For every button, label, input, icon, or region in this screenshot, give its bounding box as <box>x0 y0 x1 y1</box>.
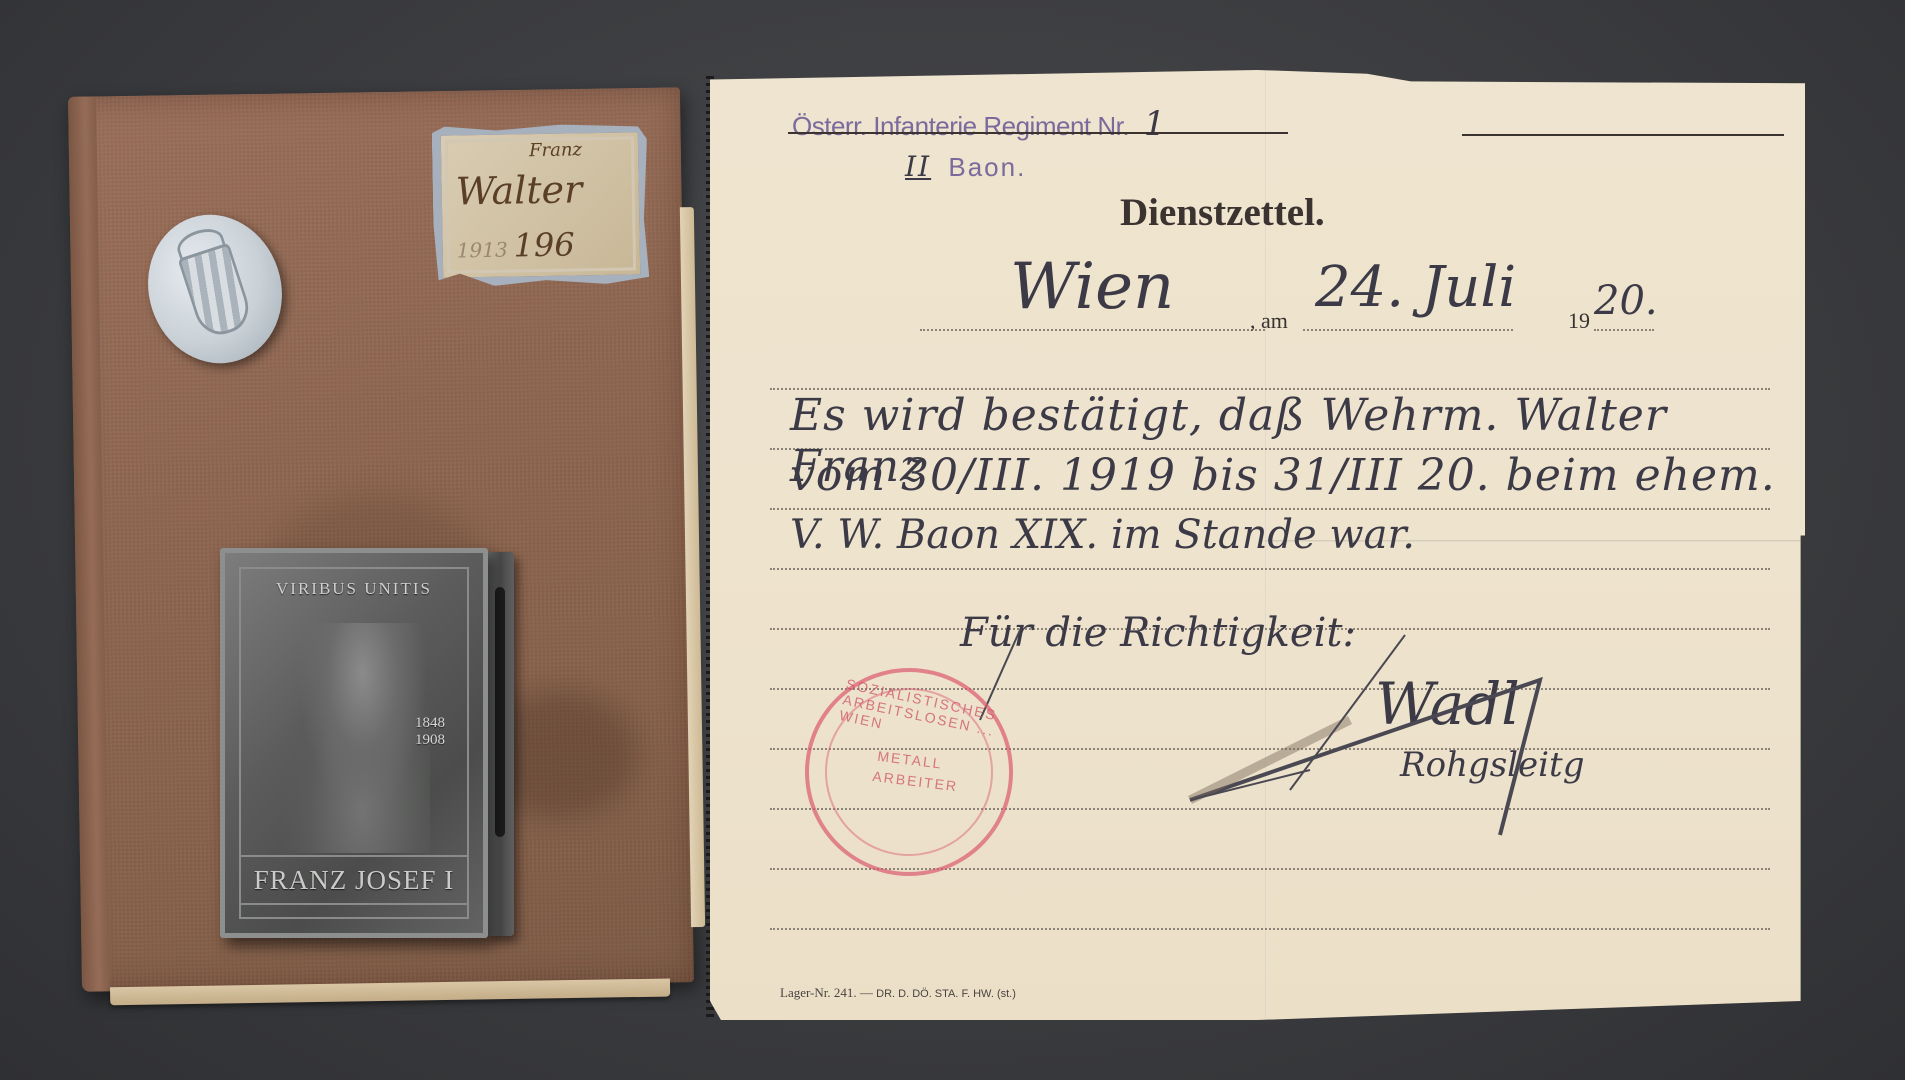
printer-imprint: DR. D. DÖ. STA. F. HW. (st.) <box>876 988 1016 1000</box>
matchbox-side <box>487 552 514 936</box>
year-start: 1848 <box>415 715 445 732</box>
matchbox-cover: VIRIBUS UNITIS 1848 1908 FRANZ JOSEF I <box>220 548 488 938</box>
matchbox-striker-slot <box>495 587 505 837</box>
booklet-page-edges <box>110 979 670 1006</box>
stock-number: Lager-Nr. 241. <box>780 985 857 1000</box>
footer-separator: — <box>860 985 873 1000</box>
signature-flourish <box>710 70 1805 1020</box>
matchbox-years: 1848 1908 <box>415 715 445 749</box>
matchbox-name-bar: FRANZ JOSEF I <box>239 855 469 905</box>
matchbox-motto: VIRIBUS UNITIS <box>225 579 483 599</box>
label-number-row: 1913 196 <box>456 225 575 265</box>
coat-of-arms-icon <box>178 243 256 341</box>
label-year: 1913 <box>457 238 508 263</box>
printer-footer: Lager-Nr. 241. — DR. D. DÖ. STA. F. HW. … <box>780 985 1016 1001</box>
dienstzettel-document: Österr. Infanterie Regiment Nr. 1 II Bao… <box>710 70 1805 1020</box>
label-first-name: Franz <box>529 139 582 161</box>
label-number: 196 <box>513 225 575 264</box>
booklet-spine <box>68 96 110 991</box>
label-surname: Walter <box>455 167 582 213</box>
matchbox-name: FRANZ JOSEF I <box>254 865 455 896</box>
name-label: Franz Walter 1913 196 <box>432 123 650 287</box>
year-end: 1908 <box>415 732 445 749</box>
emperor-portrait-relief <box>280 623 430 853</box>
booklet-page-edges-right <box>680 207 705 927</box>
